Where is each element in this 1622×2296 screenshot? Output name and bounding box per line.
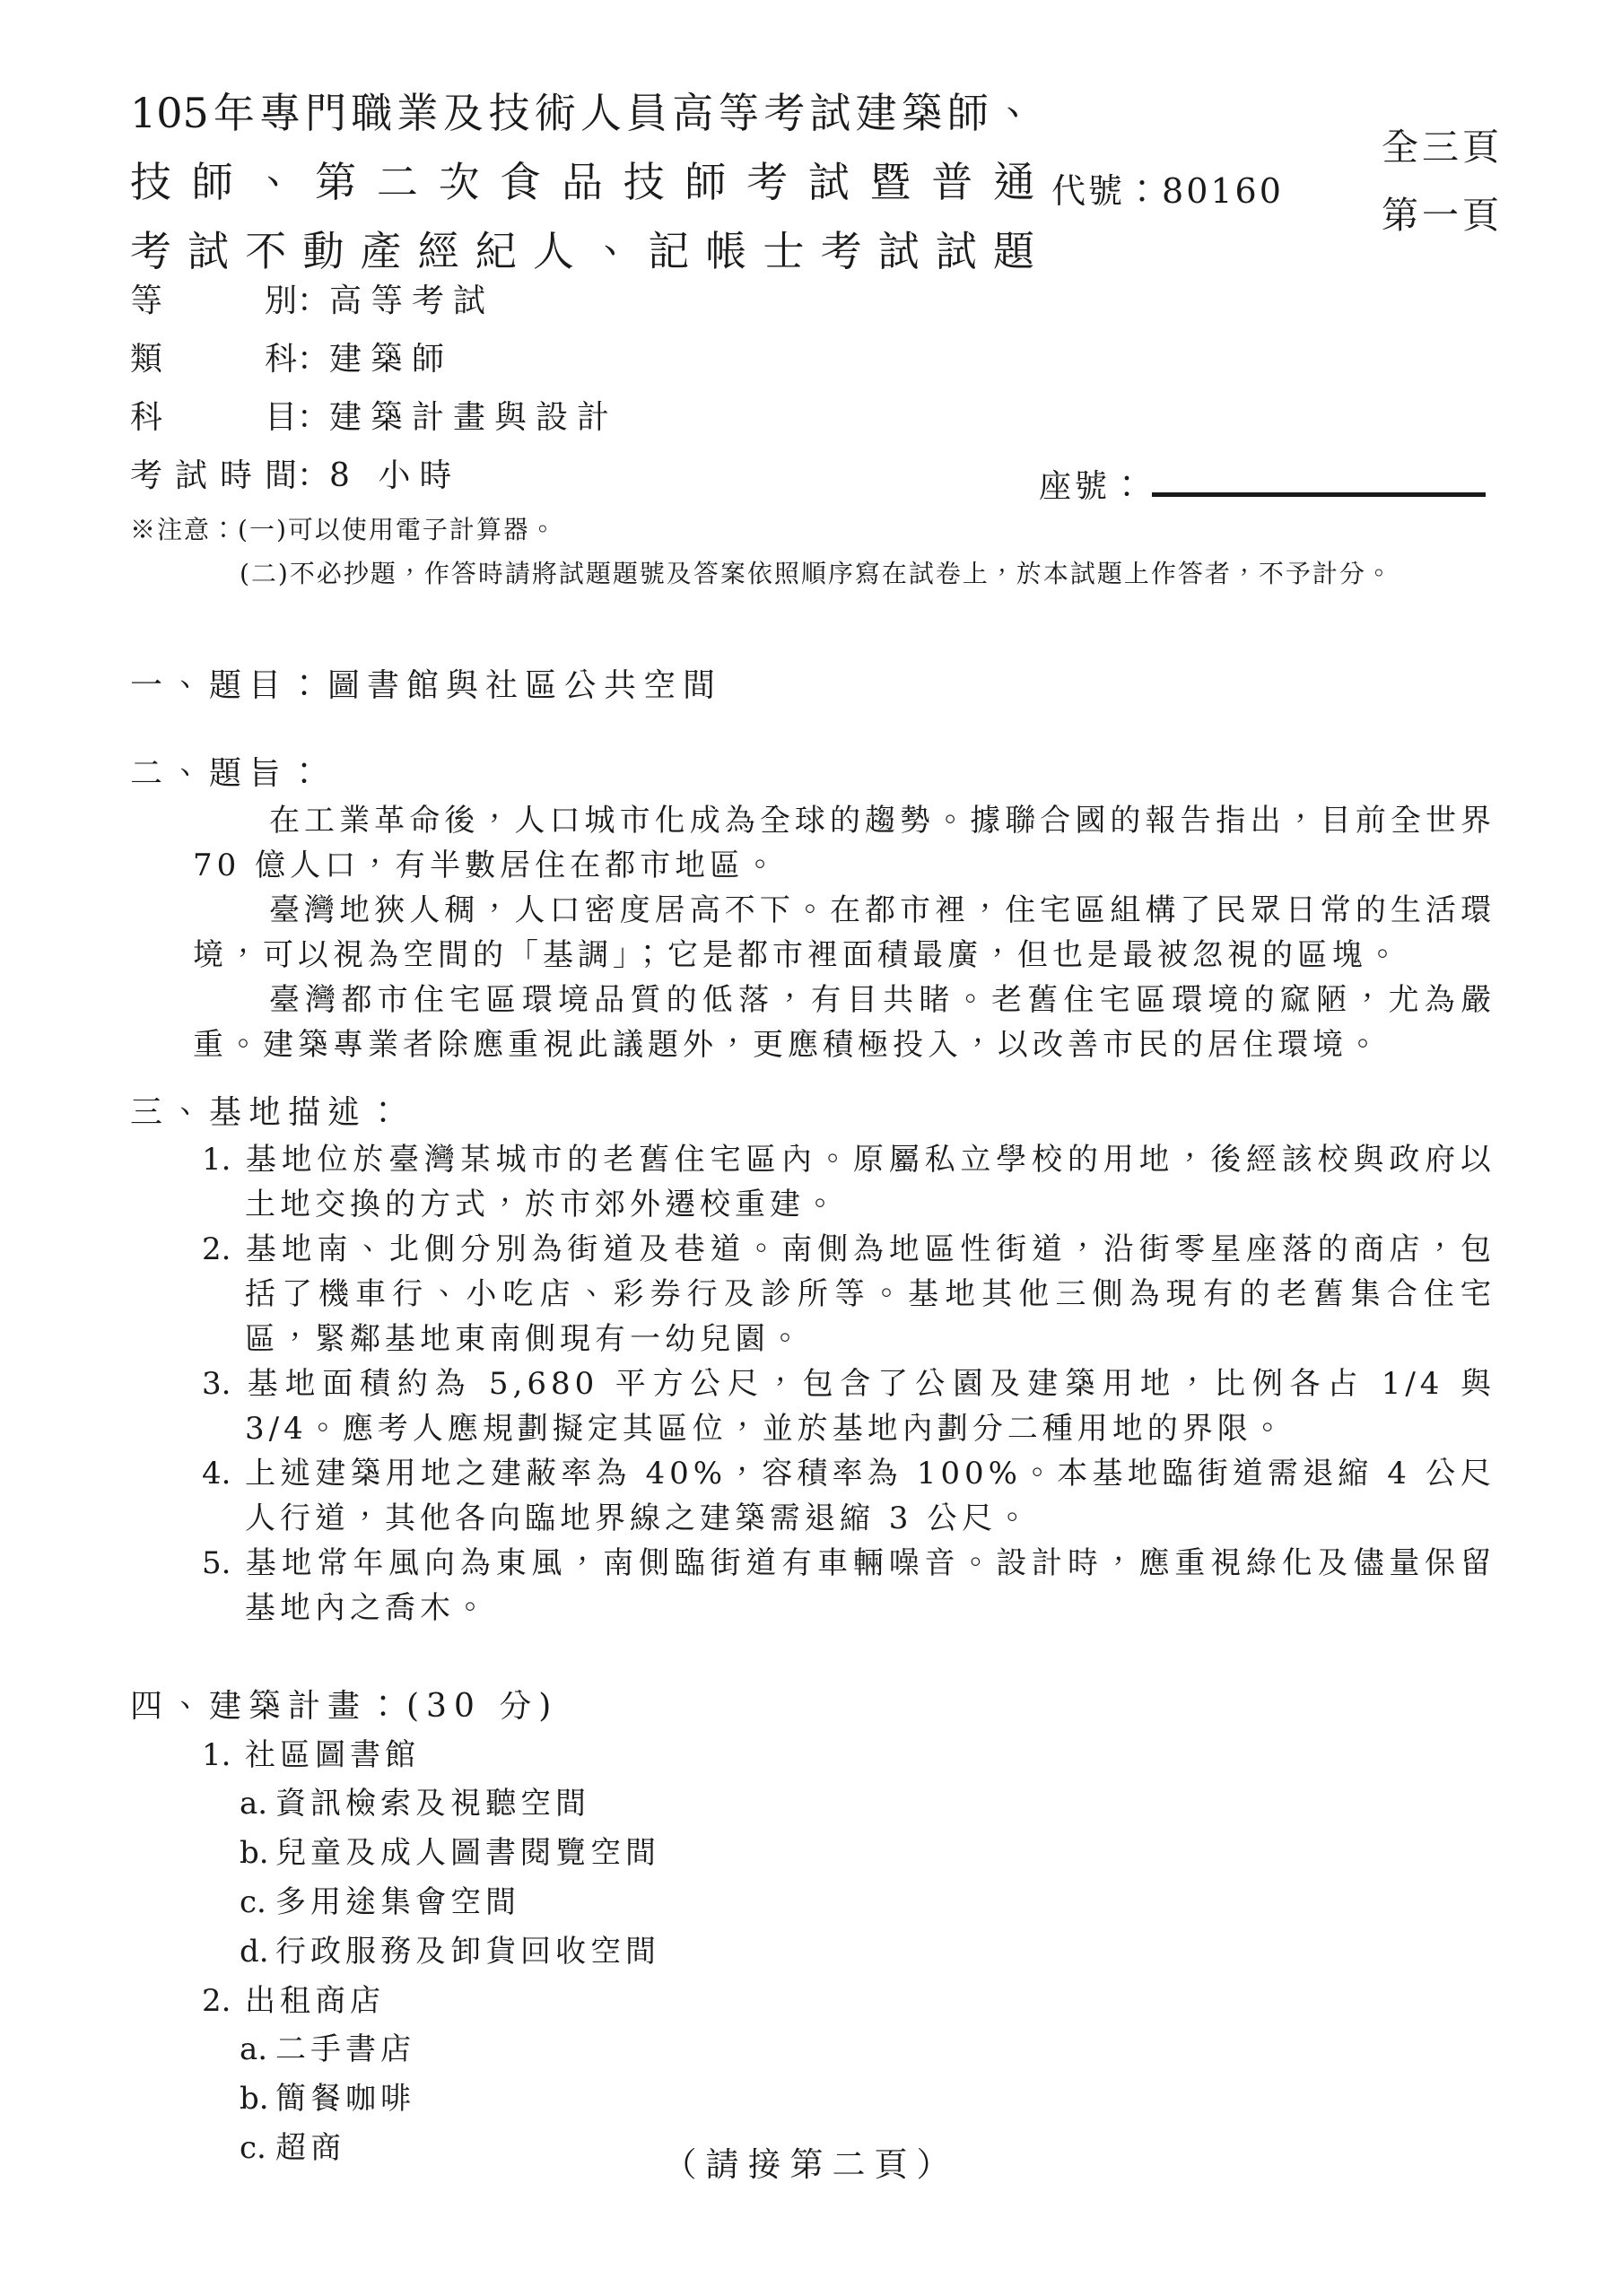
site-item: 2.基地南、北側分別為街道及巷道。南側為地區性街道，沿街零星座落的商店，包括了機… (202, 1227, 1496, 1361)
program-sub-letter: a. (240, 1779, 275, 1829)
site-item-text: 基地面積約為 5,680 平方公尺，包含了公園及建築用地，比例各占 1/4 與 … (245, 1366, 1496, 1447)
program-sub-item: d.行政服務及卸貨回收空間 (240, 1927, 1496, 1977)
meta-row-subject: 科目：建築計畫與設計 (130, 388, 618, 447)
program-sub-text: 資訊檢索及視聽空間 (275, 1786, 590, 1822)
seat-number-label: 座號： (1039, 468, 1147, 505)
exam-code: 代號：80160 (1051, 163, 1284, 213)
program-sub-text: 行政服務及卸貨回收空間 (275, 1934, 660, 1970)
site-item-text: 基地常年風向為東風，南側臨街道有車輛噪音。設計時，應重視綠化及儘量保留基地內之喬… (245, 1545, 1496, 1626)
program-item: 2.出租商店 (202, 1977, 1496, 2025)
purpose-paragraph: 在工業革命後，人口城市化成為全球的趨勢。據聯合國的報告指出，目前全世界 70 億… (193, 798, 1496, 888)
site-item-text: 基地南、北側分別為街道及巷道。南側為地區性街道，沿街零星座落的商店，包括了機車行… (245, 1231, 1496, 1357)
meta-colon: ： (297, 272, 329, 330)
exam-meta: 等別：高等考試 類科：建築師 科目：建築計畫與設計 考試時間：8 小時 (130, 272, 618, 505)
program-sub-item: b.兒童及成人圖書閱覽空間 (240, 1829, 1496, 1878)
program-item-text: 出租商店 (245, 1983, 385, 2019)
site-item-text: 上述建築用地之建蔽率為 40%，容積率為 100%。本基地臨街道需退縮 4 公尺… (245, 1456, 1496, 1536)
program-sub-item: a.二手書店 (240, 2025, 1496, 2074)
exam-title-line-2: 技師、第二次食品技師考試暨普通 (130, 148, 1034, 217)
program-item-number: 2. (202, 1977, 245, 2025)
seat-number-blank-line (1152, 453, 1486, 497)
notice-line-2: (二)不必抄題，作答時請將試題題號及答案依照順序寫在試卷上，於本試題上作答者，不… (130, 552, 1530, 596)
program-sub-text: 多用途集會空間 (275, 1884, 520, 1920)
site-item: 5.基地常年風向為東風，南側臨街道有車輛噪音。設計時，應重視綠化及儘量保留基地內… (202, 1541, 1496, 1631)
meta-value: 高等考試 (329, 283, 494, 319)
site-item: 4.上述建築用地之建蔽率為 40%，容積率為 100%。本基地臨街道需退縮 4 … (202, 1451, 1496, 1541)
site-item-number: 1. (202, 1137, 245, 1182)
program-sub-text: 二手書店 (275, 2031, 415, 2067)
program-sub-text: 兒童及成人圖書閱覽空間 (275, 1835, 660, 1871)
program-sub-letter: b. (240, 1829, 275, 1878)
notice-line-1: ※注意：(一)可以使用電子計算器。 (130, 508, 1530, 552)
site-item-text: 基地位於臺灣某城市的老舊住宅區內。原屬私立學校的用地，後經該校與政府以土地交換的… (245, 1142, 1496, 1222)
notice-item-2: (二)不必抄題，作答時請將試題題號及答案依照順序寫在試卷上，於本試題上作答者，不… (240, 559, 1393, 588)
seat-number: 座號： (1039, 453, 1486, 507)
program-sub-letter: b. (240, 2074, 275, 2124)
program-sub-letter: a. (240, 2025, 275, 2074)
meta-row-level: 等別：高等考試 (130, 272, 618, 330)
continue-next-page-note: （請接第二頁） (0, 2137, 1622, 2186)
program-sub-text: 簡餐咖啡 (275, 2081, 415, 2117)
purpose-paragraph: 臺灣地狹人稠，人口密度居高不下。在都市裡，住宅區組構了民眾日常的生活環境，可以視… (193, 888, 1496, 978)
meta-label: 類科 (130, 330, 297, 388)
program-sub-letter: d. (240, 1927, 275, 1977)
meta-label: 科目 (130, 388, 297, 447)
exam-paper-page: 105年專門職業及技術人員高等考試建築師、 技師、第二次食品技師考試暨普通 考試… (0, 0, 1622, 2296)
notice-label: ※注意： (130, 515, 238, 544)
program-item-number: 1. (202, 1731, 245, 1779)
program-sub-item: a.資訊檢索及視聽空間 (240, 1779, 1496, 1829)
exam-title: 105年專門職業及技術人員高等考試建築師、 技師、第二次食品技師考試暨普通 考試… (130, 79, 1034, 286)
meta-colon: ： (297, 447, 329, 505)
site-item-number: 3. (202, 1361, 245, 1406)
program-sub-item: c.多用途集會空間 (240, 1878, 1496, 1927)
program-sub-item: b.簡餐咖啡 (240, 2074, 1496, 2124)
program-item: 1.社區圖書館 (202, 1731, 1496, 1779)
notice-block: ※注意：(一)可以使用電子計算器。 (二)不必抄題，作答時請將試題題號及答案依照… (130, 508, 1530, 596)
program-sub-letter: c. (240, 1878, 275, 1927)
section-1-heading: 一、題目：圖書館與社區公共空間 (130, 662, 1496, 710)
exam-body: 一、題目：圖書館與社區公共空間 二、題旨： 在工業革命後，人口城市化成為全球的趨… (130, 662, 1496, 2173)
section-2-heading: 二、題旨： (130, 750, 1496, 798)
page-indicator: 全三頁 第一頁 (1382, 113, 1503, 249)
meta-value: 建築計畫與設計 (329, 399, 618, 436)
site-item: 1.基地位於臺灣某城市的老舊住宅區內。原屬私立學校的用地，後經該校與政府以土地交… (202, 1137, 1496, 1227)
exam-title-line-1: 105年專門職業及技術人員高等考試建築師、 (130, 79, 1034, 148)
program-item-text: 社區圖書館 (245, 1737, 420, 1773)
meta-colon: ： (297, 330, 329, 388)
site-item-number: 5. (202, 1541, 245, 1586)
pages-total: 全三頁 (1382, 113, 1503, 181)
meta-label: 考試時間 (130, 447, 297, 505)
notice-item-1: (一)可以使用電子計算器。 (238, 515, 557, 544)
section-3-heading: 三、基地描述： (130, 1089, 1496, 1137)
exam-code-value: 80160 (1162, 171, 1284, 211)
meta-row-duration: 考試時間：8 小時 (130, 447, 618, 505)
site-item: 3.基地面積約為 5,680 平方公尺，包含了公園及建築用地，比例各占 1/4 … (202, 1361, 1496, 1451)
meta-row-category: 類科：建築師 (130, 330, 618, 388)
meta-value: 8 小時 (329, 457, 460, 494)
meta-colon: ： (297, 388, 329, 447)
meta-label: 等別 (130, 272, 297, 330)
page-current: 第一頁 (1382, 181, 1503, 249)
meta-value: 建築師 (329, 341, 453, 378)
exam-code-label: 代號： (1051, 171, 1162, 211)
section-4-heading: 四、建築計畫：(30 分) (130, 1683, 1496, 1731)
purpose-paragraph: 臺灣都市住宅區環境品質的低落，有目共睹。老舊住宅區環境的窳陋，尤為嚴重。建築專業… (193, 978, 1496, 1067)
site-item-number: 2. (202, 1227, 245, 1272)
site-item-number: 4. (202, 1451, 245, 1496)
